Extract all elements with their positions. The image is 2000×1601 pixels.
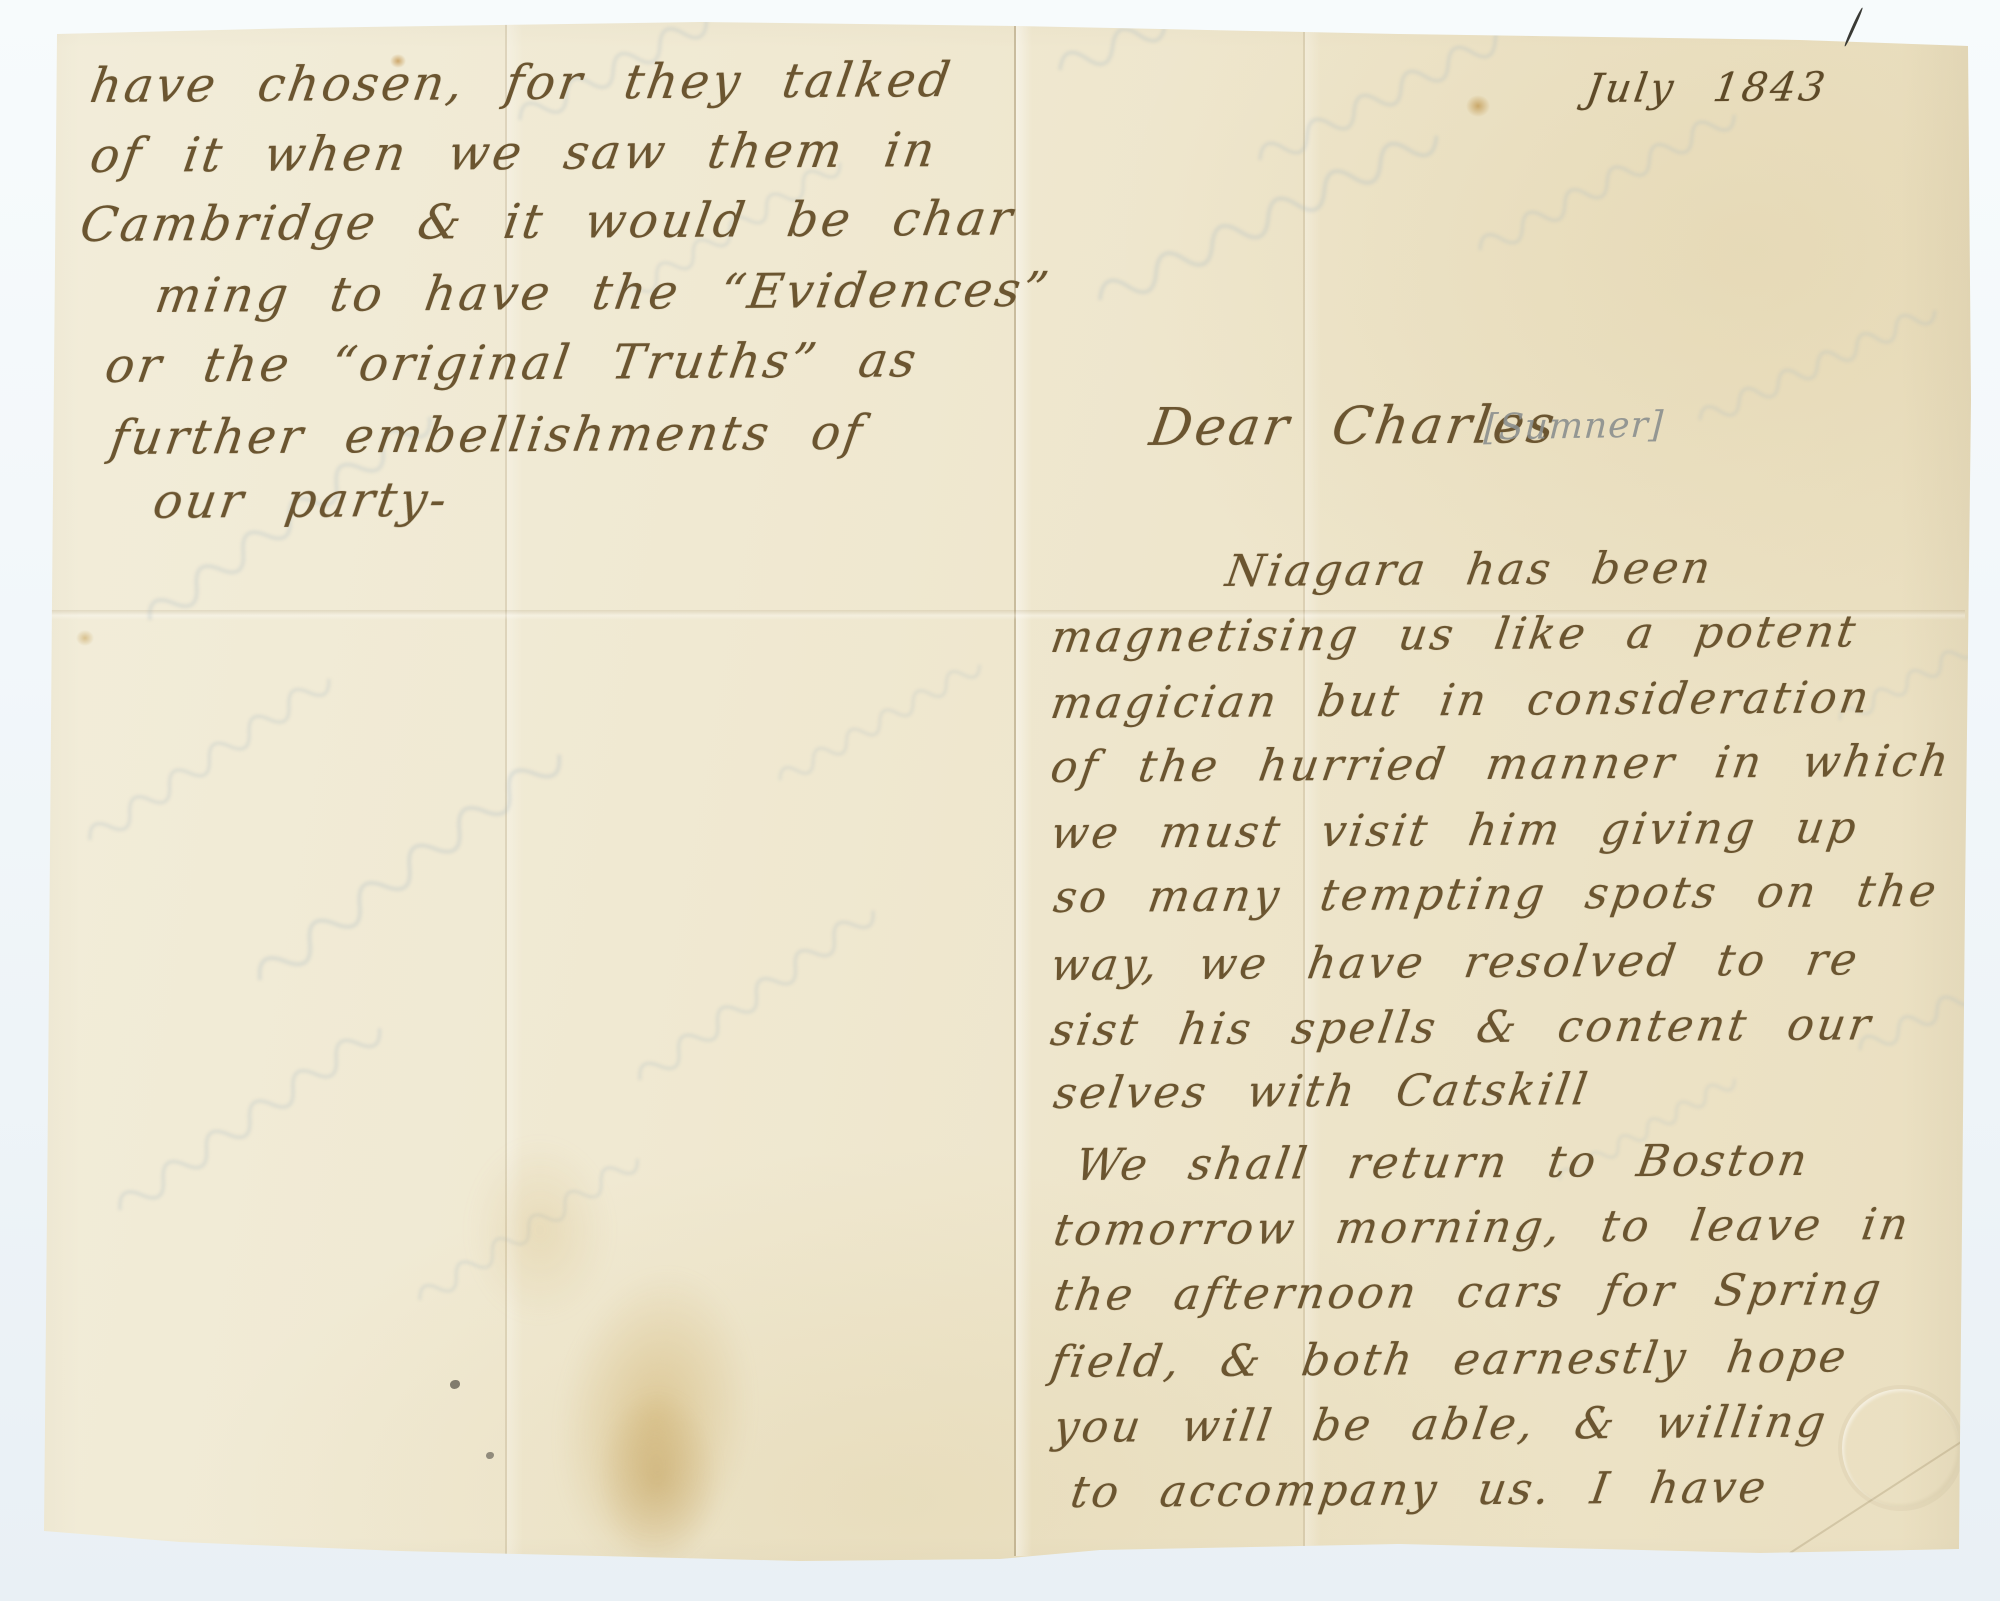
letter-scan: have chosen, for they talked of it when … (0, 0, 2000, 1601)
date-line: July 1843 (1583, 64, 1831, 112)
handwriting-line: way, we have resolved to re (1047, 934, 1863, 991)
fold-crease-corner (1789, 1430, 1979, 1554)
handwriting-line: magnetising us like a potent (1047, 606, 1861, 663)
handwriting-line: Cambridge & it would be char (77, 190, 1019, 253)
handwriting-line: ming to have the “Evidences” (152, 262, 1055, 324)
handwriting-line: tomorrow morning, to leave in (1050, 1199, 1914, 1256)
handwriting-line: have chosen, for they talked (87, 52, 957, 114)
fold-crease-left-quarter (505, 24, 531, 1556)
embossed-seal (1838, 1385, 1964, 1511)
handwriting-line: of the hurried manner in which (1047, 736, 1955, 793)
handwriting-line: to accompany us. I have (1067, 1462, 1772, 1518)
handwriting-line: so many tempting spots on the (1050, 866, 1942, 923)
handwriting-line: the afternoon cars for Spring (1050, 1264, 1887, 1321)
pencil-annotation: [Sumner] (1483, 404, 1665, 448)
handwriting-line: selves with Catskill (1050, 1064, 1593, 1119)
stray-ink-mark (1843, 7, 1863, 47)
ink-speck (450, 1380, 460, 1389)
ink-speck (486, 1452, 494, 1459)
handwriting-line: we must visit him giving up (1047, 802, 1862, 859)
handwriting-line: our party- (150, 472, 454, 530)
letter-sheet: have chosen, for they talked of it when … (0, 0, 2000, 1601)
handwriting-line: or the “original Truths” as (102, 332, 923, 394)
water-stain-tail (470, 1140, 610, 1320)
handwriting-line: of it when we saw them in (87, 122, 942, 184)
handwriting-line: further embellishments of (107, 405, 869, 466)
water-stain-large (540, 1258, 770, 1582)
handwriting-line: magician but in consideration (1047, 672, 1875, 729)
handwriting-line: We shall return to Boston (1072, 1135, 1813, 1191)
handwriting-line: Niagara has been (1222, 543, 1716, 597)
handwriting-line: field, & both earnestly hope (1047, 1331, 1852, 1388)
water-stain-core (595, 1390, 720, 1565)
handwriting-line: sist his spells & content our (1047, 999, 1876, 1056)
fold-crease-center (1014, 24, 1040, 1556)
fox-spot (1466, 95, 1490, 117)
handwriting-line: you will be able, & willing (1050, 1397, 1831, 1453)
fox-spot (76, 630, 94, 646)
